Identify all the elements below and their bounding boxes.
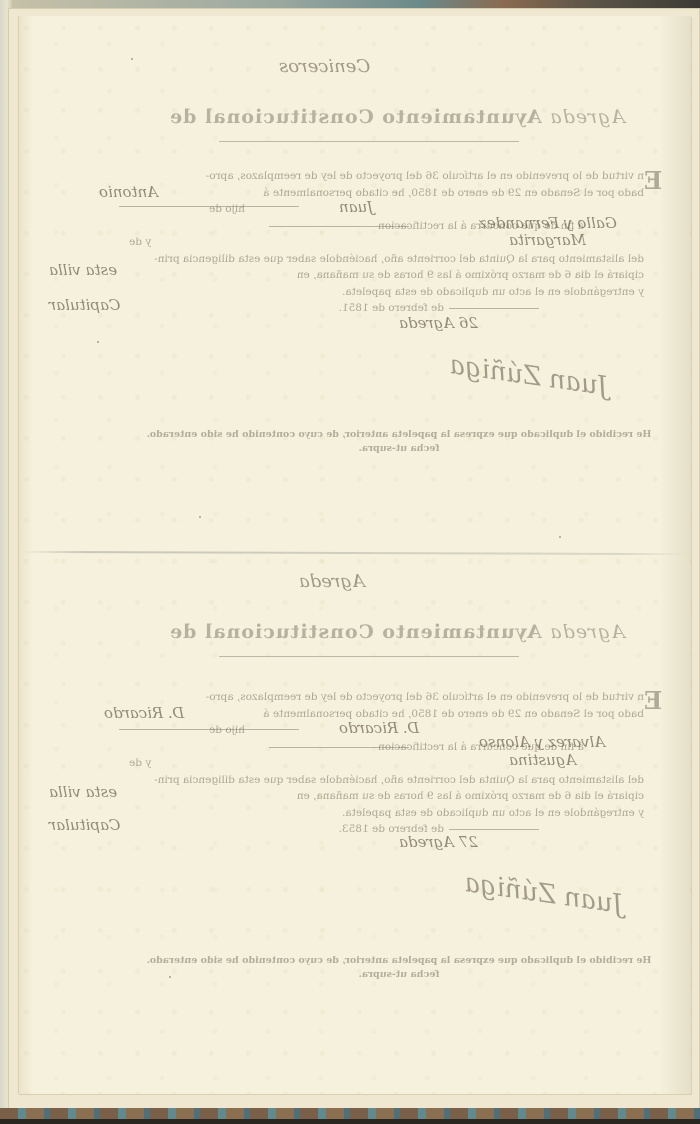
fill-rule: [119, 729, 299, 730]
fill-rule: [119, 206, 299, 207]
fill-en: esta villa: [49, 261, 117, 279]
heading-rule: [219, 141, 519, 142]
fill-hijo-de: D. Ricardo: [339, 719, 419, 737]
body-line: de febrero de 1853.: [129, 821, 644, 838]
document-page: Ceniceros Agreda Ayuntamiento Constituci…: [18, 16, 691, 1094]
fill-nombre: Gallo y Fernandez: [479, 214, 617, 232]
fill-fecha: 27 Agreda: [399, 833, 478, 851]
signature: Juan Zúñiga: [463, 868, 625, 920]
body-line: y entregándole en el acto un duplicado d…: [129, 805, 644, 822]
fill-citado: D. Ricardo: [104, 704, 184, 722]
fill-hijo-de: Juan: [339, 198, 373, 216]
form-heading: Agreda Ayuntamiento Constitucional de: [169, 106, 625, 128]
binding-bottom-edge: [0, 1108, 700, 1124]
body-line: y entregándole en el acto un duplicado d…: [129, 284, 644, 301]
body-line: de febrero de 1851.: [129, 300, 644, 317]
signature: Juan Zúñiga: [448, 350, 610, 402]
annotation-top: Ceniceros: [279, 56, 370, 77]
fill-y-de: Margarita: [509, 231, 586, 249]
heading-fill: Agreda: [549, 621, 625, 643]
heading-rule: [219, 656, 519, 657]
paper-speck: [97, 341, 99, 343]
fill-rule: [449, 829, 539, 830]
drop-cap: E: [644, 686, 662, 715]
fill-lugar: Capitular: [49, 296, 120, 314]
paper-speck: [131, 58, 133, 60]
fill-lugar: Capitular: [49, 816, 120, 834]
form-heading: Agreda Ayuntamiento Constitucional de: [169, 621, 625, 643]
fold-crease: [19, 551, 691, 555]
fill-rule: [449, 308, 539, 309]
fill-y-de: Agustina: [509, 751, 576, 769]
fill-nombre: Alvarez y Alonso: [479, 733, 605, 751]
annotation-top: Agreda: [299, 571, 365, 592]
heading-text: Ayuntamiento Constitucional de: [169, 106, 542, 128]
body-line: cipiará el dia 6 de marzo próximo á las …: [129, 788, 644, 805]
paper-speck: [169, 976, 171, 978]
heading-fill: Agreda: [549, 106, 625, 128]
drop-cap: E: [644, 166, 662, 195]
fill-citado: Antonio: [99, 183, 158, 201]
fill-fecha: 26 Agreda: [399, 314, 478, 332]
paper-speck: [559, 536, 561, 538]
body-line: cipiará el dia 6 de marzo próximo á las …: [129, 267, 644, 284]
heading-text: Ayuntamiento Constitucional de: [169, 621, 542, 643]
receipt-note: He recibido el duplicado que expresa la …: [139, 428, 659, 456]
paper-speck: [199, 516, 201, 518]
fill-rule: [269, 226, 409, 227]
body-line: del alistamiento para la Quinta del corr…: [129, 772, 644, 789]
body-line: del alistamiento para la Quinta del corr…: [129, 251, 644, 268]
body-line: bado por el Senado en 29 de enero de 185…: [129, 185, 644, 202]
body-line: n virtud de lo prevenido en el artículo …: [129, 689, 644, 706]
body-line: n virtud de lo prevenido en el artículo …: [129, 168, 644, 185]
fill-en: esta villa: [49, 783, 117, 801]
receipt-note: He recibido el duplicado que expresa la …: [139, 954, 659, 982]
fill-rule: [269, 747, 409, 748]
